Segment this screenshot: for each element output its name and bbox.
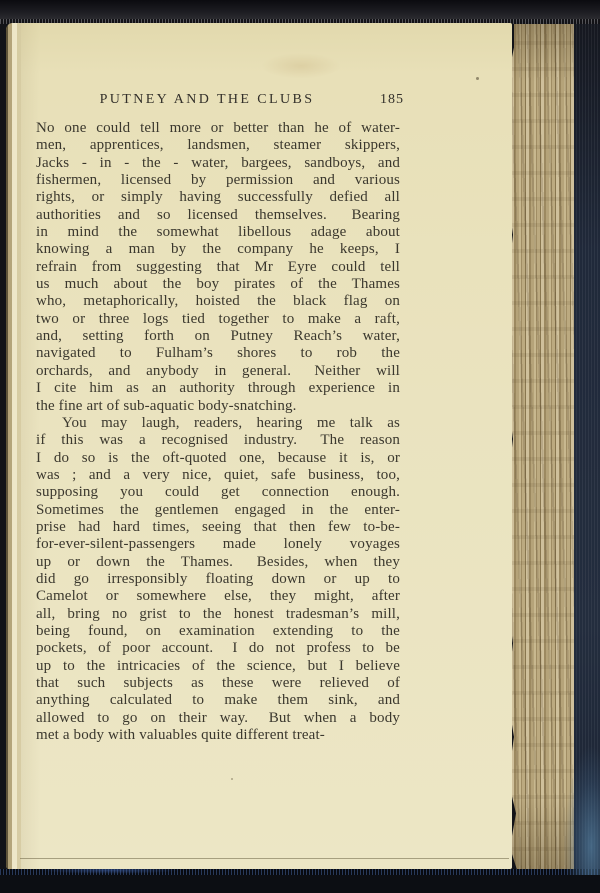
cover-corner-highlight — [564, 745, 600, 875]
text-line: Sometimes the gentlemen engaged in the e… — [36, 502, 400, 519]
text-line: the fine art of sub-aquatic body-snatchi… — [36, 398, 400, 415]
text-line: allowed to go on their way. But when a b… — [36, 710, 400, 727]
text-line: anything calculated to make them sink, a… — [36, 692, 400, 709]
text-line: who, metaphorically, hoisted the black f… — [36, 293, 400, 310]
running-header: PUTNEY AND THE CLUBS 185 — [36, 92, 404, 110]
text-line: Jacks - in - the - water, bargees, sandb… — [36, 155, 400, 172]
text-line: refrain from suggesting that Mr Eyre cou… — [36, 259, 400, 276]
text-line: being found, on examination extending to… — [36, 623, 400, 640]
paper-stain — [261, 53, 341, 79]
text-line: pockets, of poor account. I do not profe… — [36, 640, 400, 657]
book-cover-bottom-edge — [0, 869, 600, 893]
text-line: orchards, and anybody in general. Neithe… — [36, 363, 400, 380]
text-line: if this was a recognised industry. The r… — [36, 432, 400, 449]
text-line: navigated to Fulham’s shores to rob the — [36, 345, 400, 362]
book-cover-top-edge — [0, 0, 600, 24]
text-line: in mind the somewhat libellous adage abo… — [36, 224, 400, 241]
text-line: met a body with valuables quite differen… — [36, 727, 400, 744]
text-line: knowing a man by the company he keeps, I — [36, 241, 400, 258]
text-line: up to the intricacies of the science, bu… — [36, 658, 400, 675]
text-line: and, setting forth on Putney Reach’s wat… — [36, 328, 400, 345]
text-line: us much about the boy pirates of the Tha… — [36, 276, 400, 293]
text-line: up or down the Thames. Besides, when the… — [36, 554, 400, 571]
text-line: fishermen, licensed by permission and va… — [36, 172, 400, 189]
text-line: Camelot or somewhere else, they might, a… — [36, 588, 400, 605]
text-line: supposing you could get connection enoug… — [36, 484, 400, 501]
text-line: prise had hard times, seeing that then f… — [36, 519, 400, 536]
text-line: rights, or simply having successfully de… — [36, 189, 400, 206]
body-text: No one could tell more or better than he… — [36, 120, 400, 744]
page-title: PUTNEY AND THE CLUBS — [36, 92, 378, 108]
text-line: that such subjects as these were relieve… — [36, 675, 400, 692]
text-line: was ; and a very nice, quiet, safe busin… — [36, 467, 400, 484]
book-page: PUTNEY AND THE CLUBS 185 No one could te… — [6, 23, 512, 869]
book-scan: PUTNEY AND THE CLUBS 185 No one could te… — [0, 0, 600, 893]
text-line: No one could tell more or better than he… — [36, 120, 400, 137]
paper-speck — [231, 778, 233, 780]
text-line: men, apprentices, landsmen, steamer skip… — [36, 137, 400, 154]
text-line: I cite him as an authority through exper… — [36, 380, 400, 397]
text-line: two or three logs tied together to make … — [36, 311, 400, 328]
text-line: You may laugh, readers, hearing me talk … — [36, 415, 400, 432]
text-line: for-ever-silent-passengers made lonely v… — [36, 536, 400, 553]
text-line: I do so is the oft-quoted one, because i… — [36, 450, 400, 467]
text-line: did go irresponsibly floating down or up… — [36, 571, 400, 588]
page-number: 185 — [380, 92, 404, 108]
text-line: authorities and so licensed themselves. … — [36, 207, 400, 224]
paper-speck — [476, 77, 479, 80]
text-line: all, bring no grist to the honest trades… — [36, 606, 400, 623]
